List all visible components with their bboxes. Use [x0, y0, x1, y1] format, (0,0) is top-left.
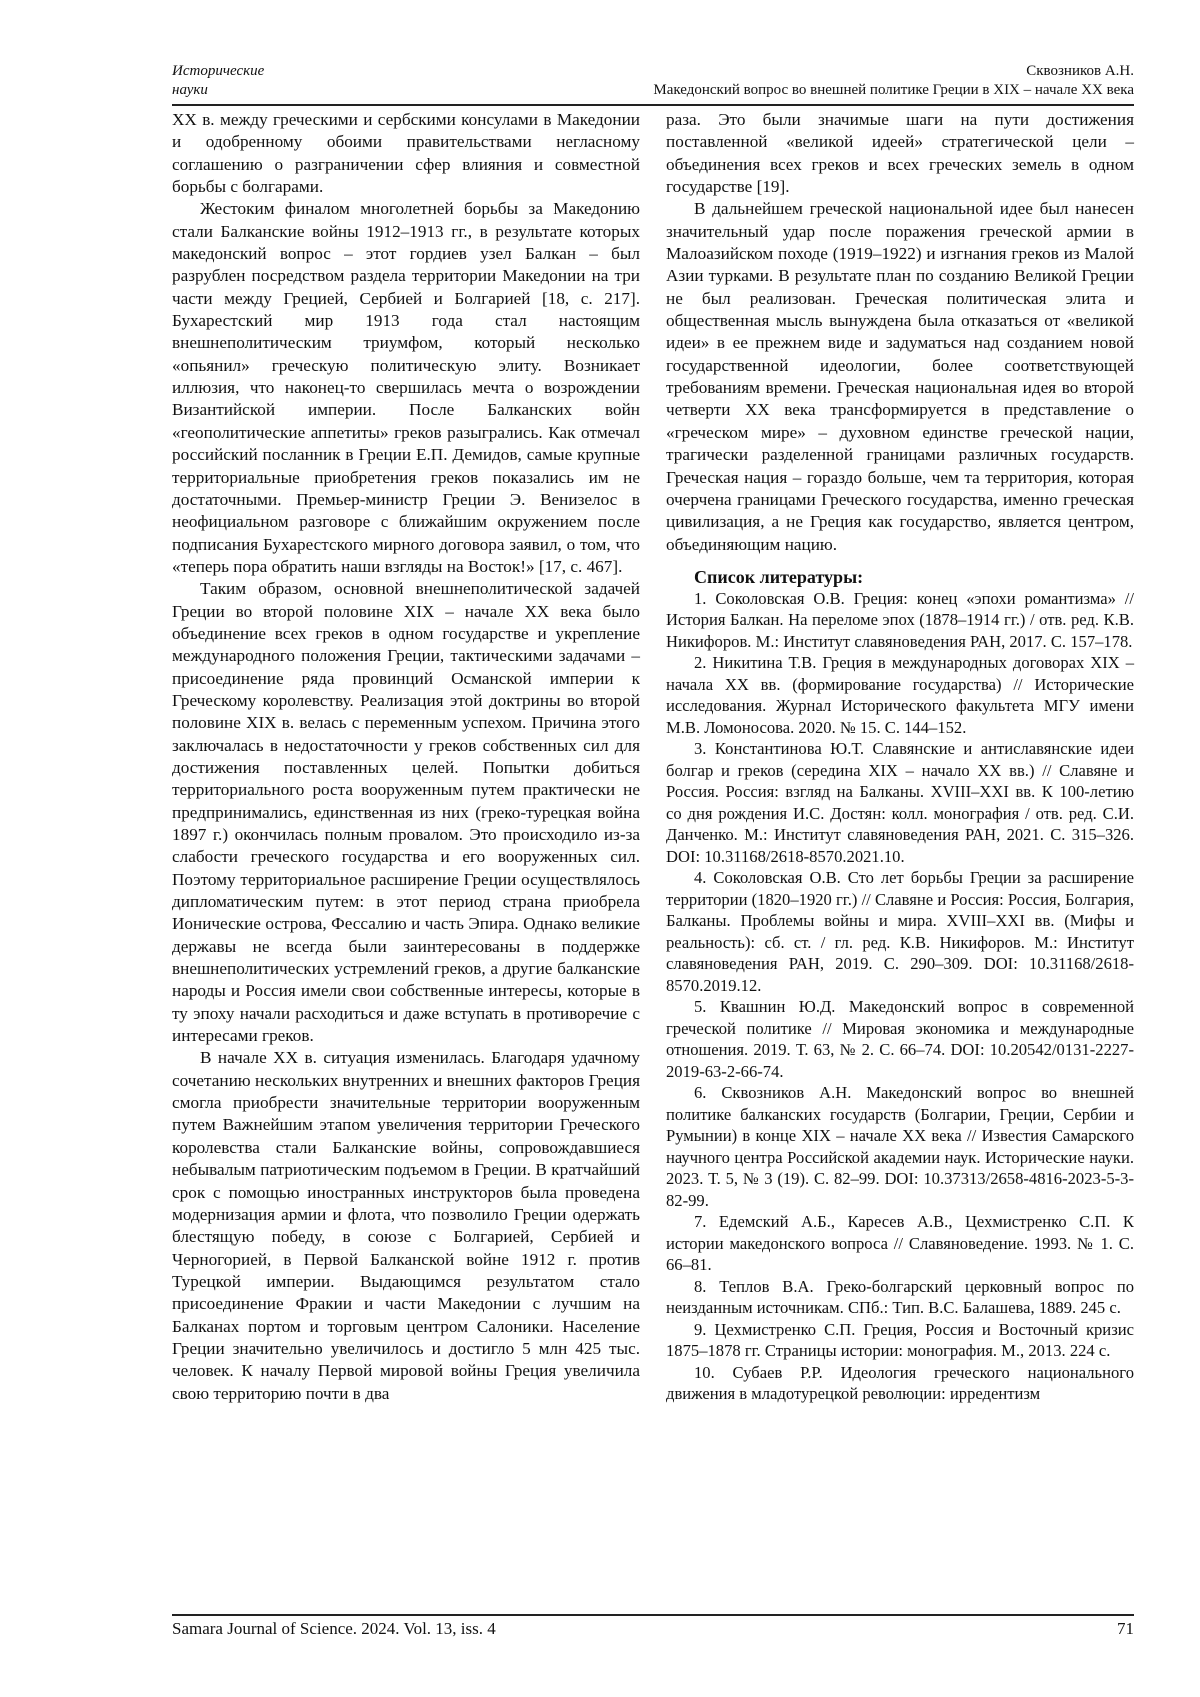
- journal-citation: Samara Journal of Science. 2024. Vol. 13…: [172, 1619, 496, 1639]
- paragraph: Жестоким финалом многолетней борьбы за М…: [172, 198, 640, 578]
- left-column: XX в. между греческими и сербскими консу…: [172, 109, 640, 1405]
- reference-item: 4. Соколовская О.В. Сто лет борьбы Греци…: [666, 867, 1134, 996]
- section-label-line1: Исторические: [172, 62, 264, 81]
- paragraph: В начале XX в. ситуация изменилась. Благ…: [172, 1047, 640, 1405]
- running-header: Исторические науки Сквозников А.Н. Макед…: [172, 62, 1134, 106]
- reference-item: 10. Субаев Р.Р. Идеология греческого нац…: [666, 1362, 1134, 1405]
- reference-item: 7. Едемский А.Б., Каресев А.В., Цехмистр…: [666, 1211, 1134, 1276]
- paragraph: В дальнейшем греческой национальной идее…: [666, 198, 1134, 556]
- author-name: Сквозников А.Н.: [653, 62, 1134, 81]
- reference-item: 9. Цехмистренко С.П. Греция, Россия и Во…: [666, 1319, 1134, 1362]
- reference-item: 2. Никитина Т.В. Греция в международных …: [666, 652, 1134, 738]
- right-column: раза. Это были значимые шаги на пути дос…: [666, 109, 1134, 1405]
- page-footer: Samara Journal of Science. 2024. Vol. 13…: [172, 1614, 1134, 1646]
- paragraph: раза. Это были значимые шаги на пути дос…: [666, 109, 1134, 198]
- article-info: Сквозников А.Н. Македонский вопрос во вн…: [653, 62, 1134, 100]
- section-label: Исторические науки: [172, 62, 264, 100]
- page-number: 71: [1117, 1619, 1134, 1639]
- paragraph: Таким образом, основной внешнеполитическ…: [172, 578, 640, 1047]
- section-label-line2: науки: [172, 81, 264, 100]
- reference-item: 5. Квашнин Ю.Д. Македонский вопрос в сов…: [666, 996, 1134, 1082]
- reference-item: 1. Соколовская О.В. Греция: конец «эпохи…: [666, 588, 1134, 653]
- references-heading: Список литературы:: [694, 566, 1134, 588]
- reference-item: 3. Константинова Ю.Т. Славянские и антис…: [666, 738, 1134, 867]
- reference-item: 8. Теплов В.А. Греко-болгарский церковны…: [666, 1276, 1134, 1319]
- references-list: 1. Соколовская О.В. Греция: конец «эпохи…: [666, 588, 1134, 1405]
- paragraph: XX в. между греческими и сербскими консу…: [172, 109, 640, 198]
- article-title: Македонский вопрос во внешней политике Г…: [653, 81, 1134, 100]
- reference-item: 6. Сквозников А.Н. Македонский вопрос во…: [666, 1082, 1134, 1211]
